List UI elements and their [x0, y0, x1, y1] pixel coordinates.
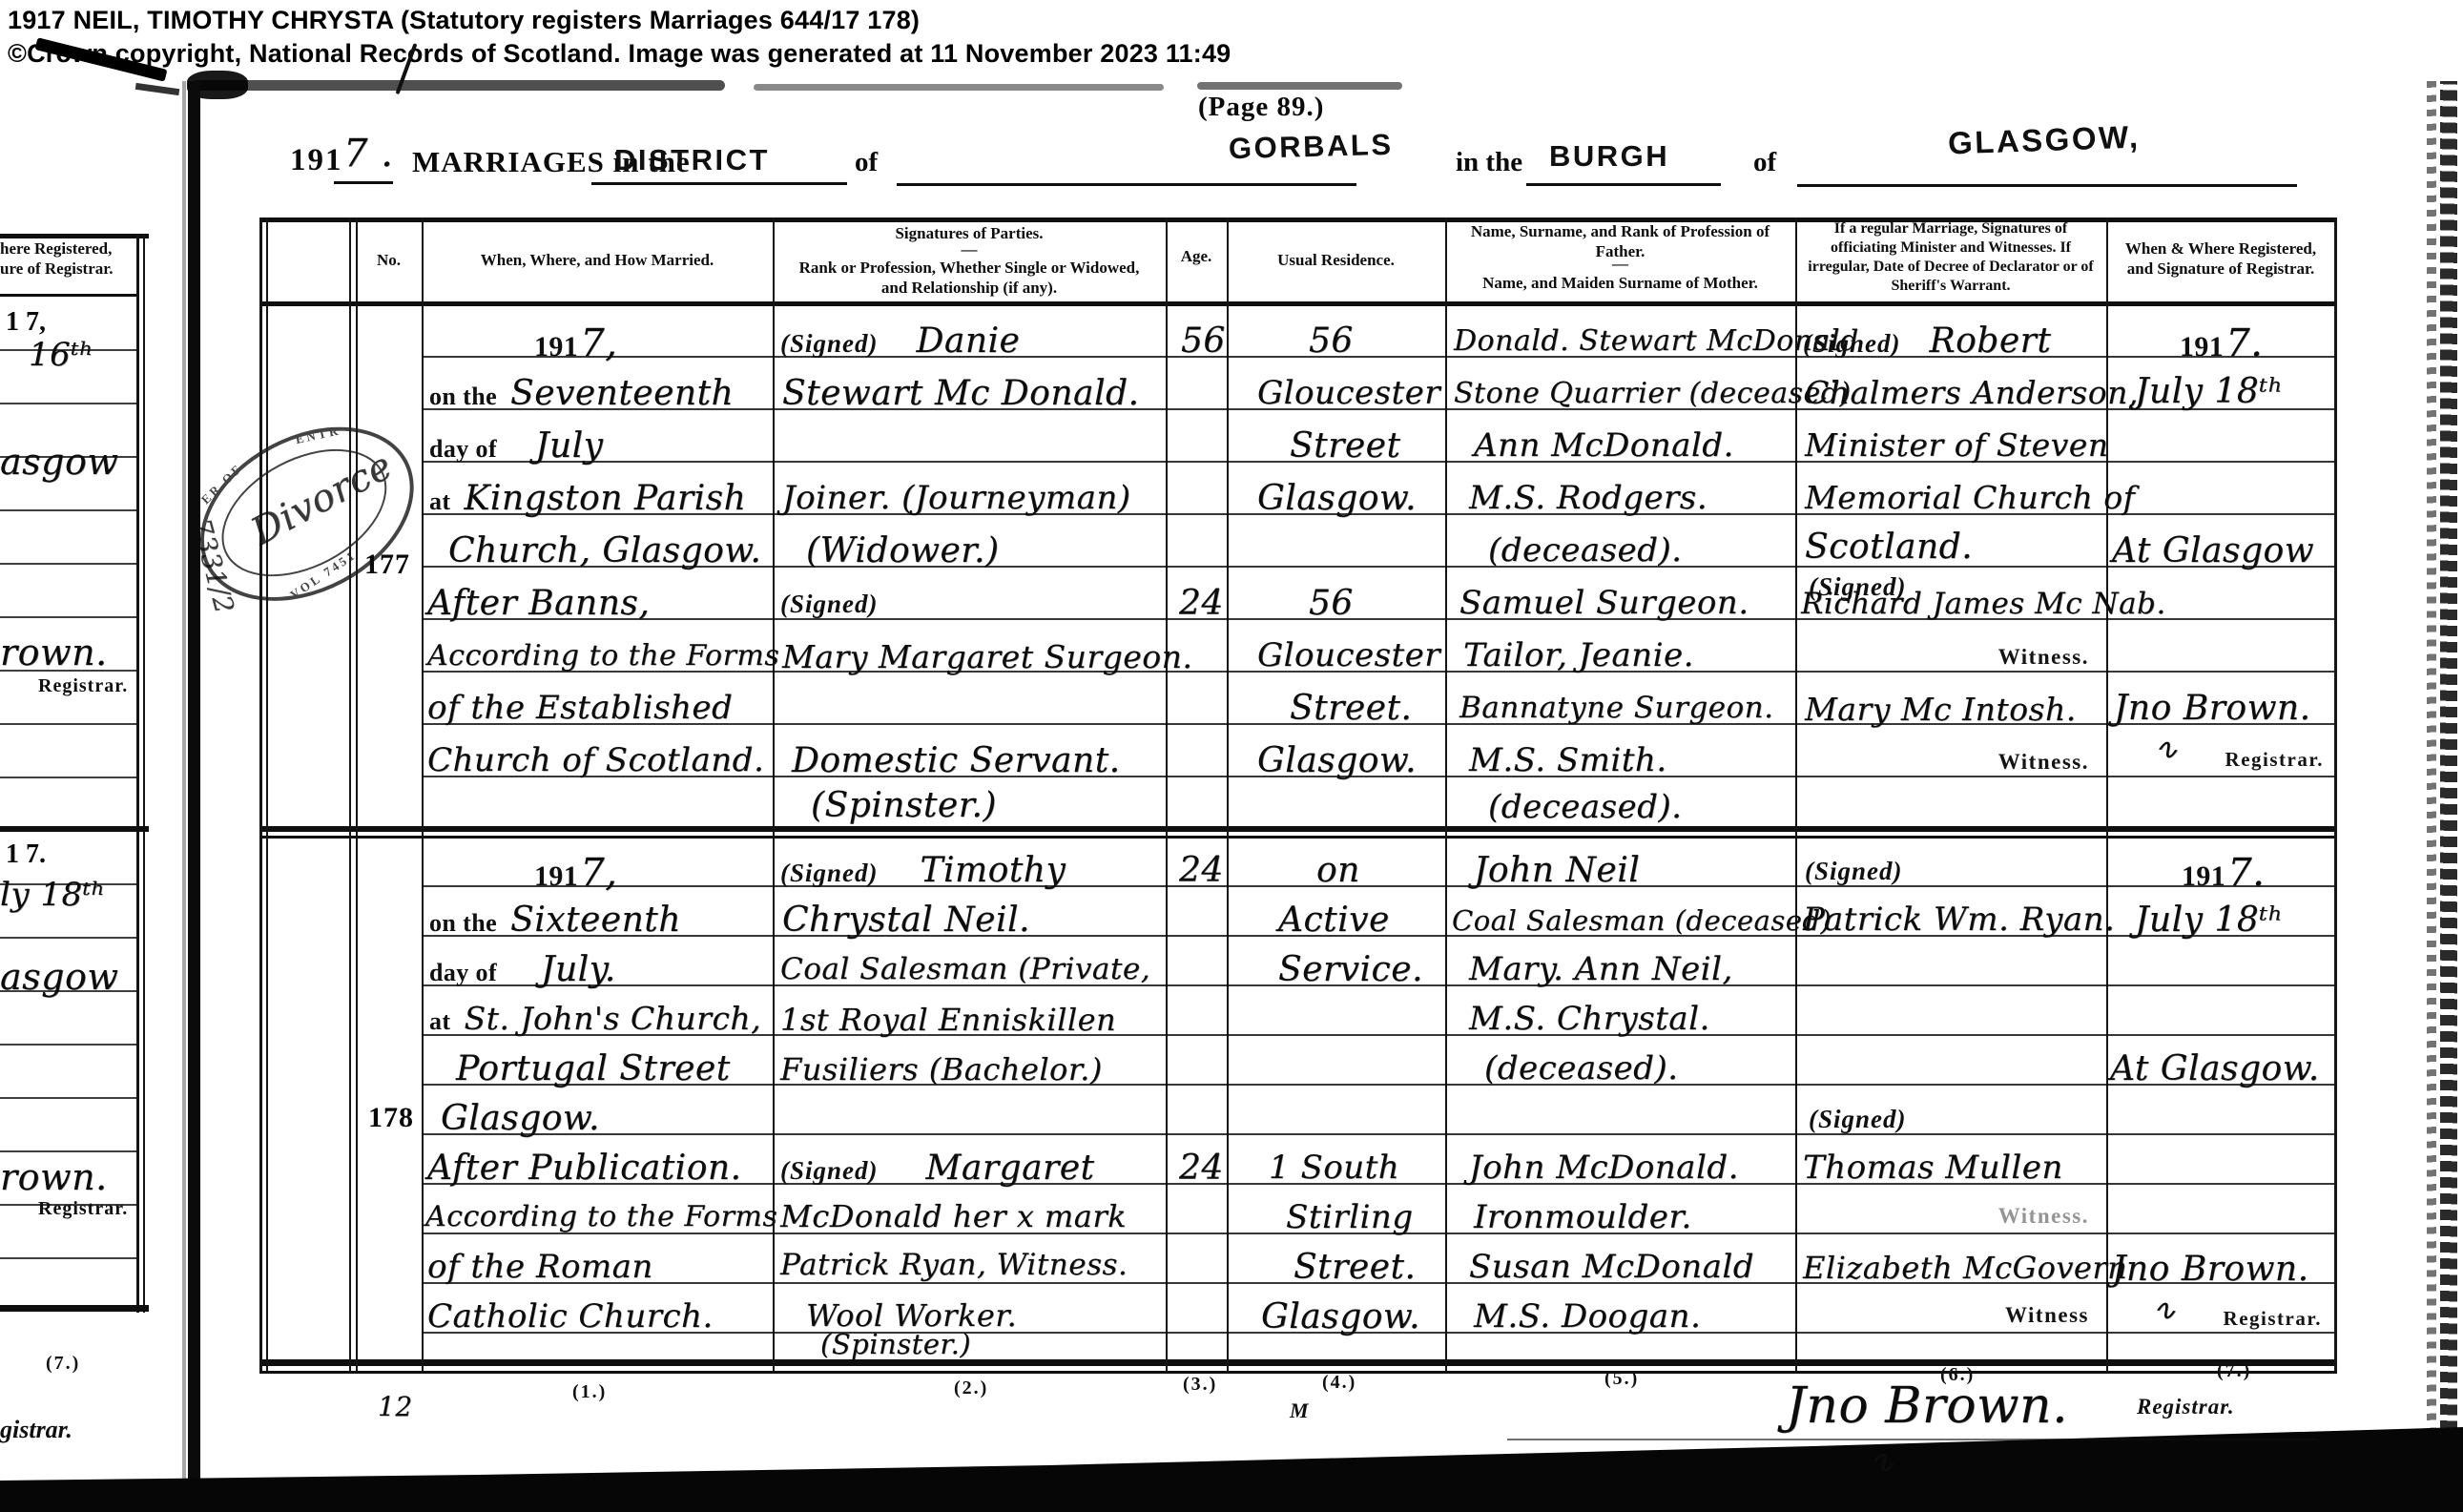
column-header-residence: Usual Residence.	[1227, 250, 1445, 270]
title-district-label: DISTRICT	[614, 143, 770, 177]
prev-registrar-label: Registrar.	[38, 1198, 128, 1220]
entry-when-line: Church of Scotland.	[427, 741, 764, 779]
registered-date-line: July 18ᵗʰ	[2135, 901, 2284, 940]
registrar-label-text: Registrar.	[2224, 1307, 2322, 1330]
title-underline	[591, 182, 847, 185]
scan-smudge	[754, 84, 1164, 91]
entry-when-line: After Publication.	[427, 1149, 742, 1188]
minister-signature-line: Chalmers Anderson,	[1805, 374, 2139, 411]
prev-entry-signature: rown.	[0, 632, 108, 673]
register-scan-image[interactable]: here Registered, ure of Registrar. 1 7, …	[0, 0, 2463, 1512]
entry-residence-line: Gloucester	[1257, 374, 1440, 412]
entry-when-line: day ofJuly.	[429, 950, 616, 989]
entry-signature-line: McDonald her x mark	[780, 1198, 1127, 1234]
prev-registrar-label: Registrar.	[38, 675, 128, 697]
table-border-left	[266, 217, 268, 1371]
prev-page-border	[136, 234, 139, 1313]
entry-number: 177	[364, 549, 410, 581]
title-underline	[1526, 183, 1721, 186]
entry-signature-line: Chrystal Neil.	[782, 901, 1030, 940]
page-number-label: (Page 89.)	[1198, 92, 1324, 123]
handwritten-text: Danie	[917, 321, 1021, 361]
minister-signature-line: (Signed)Robert	[1803, 321, 2051, 361]
signed-label: (Signed)	[1809, 1105, 1907, 1134]
title-district-value: GORBALS	[1229, 128, 1394, 167]
entry-signature-line: Mary Margaret Surgeon.	[782, 638, 1192, 675]
prev-entry-divider	[0, 826, 149, 832]
footer-column-no: (1.)	[572, 1381, 607, 1403]
form-text: on the	[429, 909, 497, 938]
entry-when-line: of the Roman	[427, 1248, 653, 1286]
witness-signature: Elizabeth McGovern	[1803, 1250, 2127, 1286]
entry-signature-line: Patrick Ryan, Witness.	[780, 1248, 1128, 1282]
scan-right-edge	[2427, 81, 2436, 1431]
footer-column-no: (5.)	[1604, 1368, 1639, 1390]
prev-page-header: here Registered, ure of Registrar.	[0, 238, 138, 280]
signoff-underline	[1507, 1439, 2318, 1440]
title-underline	[897, 183, 1356, 186]
entry-mother-line: M.S. Doogan.	[1474, 1297, 1701, 1336]
entry-mother-line: Mary. Ann Neil,	[1469, 950, 1733, 988]
scan-smudge	[1197, 82, 1402, 90]
prev-header-underline	[0, 294, 139, 297]
prev-entry-place: asgow	[0, 956, 118, 998]
signed-label: (Signed)	[780, 859, 879, 888]
title-year-written: 7 .	[343, 132, 393, 176]
witness-label: Witness.	[1803, 750, 2089, 775]
prev-entry-signature: rown.	[0, 1156, 108, 1198]
prev-page-border	[143, 234, 145, 1313]
entry-mother-line: (deceased).	[1484, 1049, 1679, 1087]
page-fold-shadow	[182, 81, 186, 1512]
column-header-mother: Name, and Maiden Surname of Mother.	[1459, 273, 1781, 293]
entry-father-line: Stone Quarrier (deceased)	[1454, 377, 1852, 410]
entry-residence-line: Street	[1290, 426, 1400, 466]
entry-mother-line: (deceased).	[1488, 788, 1683, 826]
entry-signature-line: (Spinster.)	[811, 786, 997, 825]
registrar-signoff-label: Registrar.	[2137, 1395, 2235, 1419]
handwritten-text: July.	[541, 950, 616, 989]
entry-age: 56	[1181, 321, 1226, 361]
title-of: of	[855, 147, 878, 178]
form-text: at	[429, 1007, 450, 1036]
handwritten-year: 7,	[580, 851, 617, 895]
entry-signature-line: (Widower.)	[806, 531, 1000, 570]
entry-residence-line: 1 South	[1269, 1149, 1399, 1187]
entry-residence-line: 56	[1309, 584, 1354, 623]
entry-signature-line: (Signed)Margaret	[780, 1149, 1095, 1188]
entry-signature-line: Coal Salesman (Private,	[780, 952, 1150, 986]
table-border-left	[259, 217, 262, 1371]
entry-father-line: Ironmoulder.	[1474, 1198, 1692, 1236]
entry-residence-line: Glasgow.	[1257, 479, 1417, 518]
entry-mother-line: M.S. Chrystal.	[1469, 1000, 1710, 1038]
signed-label: (Signed)	[1805, 857, 1903, 886]
footer-column-no: (7.)	[2217, 1360, 2251, 1382]
signed-label: (Signed)	[780, 590, 879, 619]
minister-signature-line: Scotland.	[1805, 528, 1973, 567]
registered-date-line: 1917.	[2182, 851, 2265, 895]
table-bottom-border	[259, 1371, 2337, 1374]
entry-father-line: Samuel Surgeon.	[1459, 584, 1749, 622]
entry-when-line: Glasgow.	[441, 1099, 600, 1138]
form-text: on the	[429, 383, 497, 411]
entry-signature-line: Joiner. (Journeyman)	[782, 479, 1131, 517]
entry-when-line: of the Established	[427, 689, 733, 727]
signed-label: (Signed)	[780, 329, 879, 359]
form-text: at	[429, 487, 450, 516]
entry-age: 24	[1179, 1149, 1224, 1188]
entry-residence-line: Stirling	[1286, 1198, 1414, 1236]
handwritten-text: Margaret	[926, 1149, 1095, 1188]
entry-residence-line: Glasgow.	[1257, 741, 1417, 780]
witness-label-text: Witness.	[1998, 750, 2089, 774]
prev-entry-day: 16ᵗʰ	[29, 336, 93, 374]
scan-bottom-band	[0, 1412, 2463, 1512]
minister-signature-line: Memorial Church of	[1805, 479, 2135, 516]
entry-signature-line: Fusiliers (Bachelor.)	[780, 1051, 1103, 1087]
prev-entry-year: 1 7,	[6, 307, 46, 338]
entry-signature-line: (Signed)Timothy	[780, 851, 1066, 890]
minister-signature-line: Patrick Wm. Ryan.	[1803, 901, 2115, 939]
entry-signature-line: (Signed)Danie	[780, 321, 1020, 361]
entry-residence-line: on	[1316, 851, 1360, 890]
entry-mother-line: Susan McDonald	[1469, 1248, 1754, 1286]
handwritten-text: St. John's Church,	[464, 1000, 761, 1037]
entry-when-line: According to the Forms	[427, 639, 779, 673]
entry-residence-line: 56	[1309, 321, 1354, 361]
registrar-signature: Jno Brown.	[2112, 1250, 2309, 1289]
handwritten-year: 7.	[2225, 321, 2263, 365]
handwritten-text: Seventeenth	[510, 374, 734, 413]
footer-column-no: (4.)	[1322, 1372, 1356, 1394]
witness-label-text: Witness.	[1998, 1204, 2089, 1228]
column-header-father-dash: —	[1459, 254, 1781, 274]
prev-entry-day: ly 18ᵗʰ	[0, 876, 106, 914]
column-header-registered: When & Where Registered, and Signature o…	[2114, 238, 2328, 280]
table-bottom-border	[259, 1359, 2337, 1366]
prev-footer-column-no: (7.)	[46, 1353, 80, 1375]
entry-age: 24	[1179, 584, 1224, 623]
witness-label: Witness	[1803, 1303, 2089, 1328]
table-border-right	[2334, 217, 2337, 1371]
entry-when-line: day ofJuly	[429, 426, 604, 466]
entry-father-line: Donald. Stewart McDonald	[1454, 324, 1859, 358]
printed-year: 191	[2182, 860, 2225, 893]
scan-corner-mark	[135, 83, 180, 95]
entry-when-line: Church, Glasgow.	[448, 531, 761, 570]
witness-signature: Thomas Mullen	[1803, 1149, 2063, 1187]
entry-mother-line: Bannatyne Surgeon.	[1459, 691, 1774, 725]
entry-mother-line: (deceased).	[1488, 531, 1683, 570]
registered-place-line: At Glasgow.	[2110, 1049, 2320, 1088]
column-header-minister: If a regular Marriage, Signatures of off…	[1803, 219, 2099, 296]
entry-father-line: John Neil	[1474, 851, 1640, 890]
entry-residence-line: Street.	[1294, 1248, 1416, 1287]
column-header-age: Age.	[1166, 246, 1227, 266]
entry-mother-line: M.S. Rodgers.	[1469, 479, 1708, 517]
footer-column-no: (3.)	[1183, 1374, 1217, 1396]
entry-father-line: Coal Salesman (deceased)	[1452, 904, 1832, 937]
page-fold-edge	[188, 81, 200, 1512]
entry-when-line: After Banns,	[427, 584, 650, 623]
title-burgh-value: GLASGOW,	[1947, 118, 2141, 161]
scan-corner-mark	[35, 37, 168, 81]
prev-footer-registrar: gistrar.	[0, 1416, 72, 1444]
entry-signature-line: (Spinster.)	[820, 1328, 971, 1360]
signed-label: (Signed)	[1803, 329, 1901, 359]
prev-page-bottom-border	[0, 1305, 149, 1312]
witness-signature: Mary Mc Intosh.	[1805, 691, 2077, 728]
footer-sheet-number: 12	[378, 1391, 413, 1422]
handwritten-text: Sixteenth	[510, 901, 681, 940]
title-in-the: in the	[1456, 147, 1522, 178]
registered-date-line: 1917.	[2180, 321, 2263, 365]
entry-when-line: Portugal Street	[456, 1049, 731, 1088]
scan-right-edge	[2440, 81, 2457, 1431]
entry-father-line: Tailor, Jeanie.	[1463, 636, 1694, 674]
entry-signature-line: 1st Royal Enniskillen	[780, 1002, 1116, 1038]
entry-signature-line: Domestic Servant.	[792, 741, 1121, 780]
title-year-printed: 191	[290, 143, 343, 178]
entry-father-line: John McDonald.	[1469, 1149, 1739, 1187]
entry-when-line: 1917,	[534, 851, 617, 895]
entry-when-line: Catholic Church.	[427, 1297, 714, 1336]
handwritten-year: 7,	[580, 321, 617, 365]
entry-residence-line: Gloucester	[1257, 636, 1440, 674]
registrar-signature: Jno Brown.	[2114, 689, 2311, 728]
column-header-no: No.	[356, 250, 422, 270]
entry-residence-line: Glasgow.	[1261, 1297, 1420, 1336]
registrar-label-text: Registrar.	[2225, 748, 2324, 771]
witness-label: Witness.	[1803, 1204, 2089, 1229]
printed-year: 191	[2180, 331, 2224, 363]
signed-label: (Signed)	[780, 1156, 879, 1186]
witness-signature: Richard James Mc Nab.	[1801, 587, 2166, 621]
title-of: of	[1753, 147, 1776, 178]
entry-signature-line: Stewart Mc Donald.	[782, 374, 1139, 413]
column-header-signatures-sub: Rank or Profession, Whether Single or Wi…	[784, 258, 1154, 299]
witness-label-text: Witness	[2005, 1303, 2089, 1327]
handwritten-text: Kingston Parish	[464, 479, 746, 518]
prev-header-line: ure of Registrar.	[0, 259, 138, 279]
entry-age: 24	[1179, 851, 1224, 890]
entry-number: 178	[368, 1102, 414, 1134]
divorce-rce-stamp: Divorce ER OF ENTR VOL 7451	[156, 368, 455, 657]
footer-column-no: (2.)	[954, 1377, 988, 1399]
handwritten-text: Timothy	[921, 851, 1066, 890]
prev-header-line: here Registered,	[0, 238, 138, 259]
handwritten-text: July	[535, 426, 603, 466]
entry-residence-line: Active	[1278, 901, 1390, 940]
scan-smudge	[191, 80, 725, 91]
title-burgh-label: BURGH	[1549, 139, 1669, 174]
registrar-label: Registrar.	[2144, 1307, 2322, 1331]
entry-mother-line: Ann McDonald.	[1474, 426, 1734, 465]
entry-residence-line: Service.	[1278, 950, 1423, 989]
column-header-when: When, Where, and How Married.	[422, 250, 773, 270]
witness-label-text: Witness.	[1998, 645, 2089, 669]
entry-when-line: on theSixteenth	[429, 901, 681, 940]
witness-label: Witness.	[1803, 645, 2089, 670]
form-text: day of	[429, 959, 497, 987]
handwritten-year: 7.	[2227, 851, 2265, 895]
entry-when-line: on theSeventeenth	[429, 374, 734, 413]
minister-signature-line: Minister of Steven	[1805, 426, 2109, 464]
registrar-label: Registrar.	[2146, 748, 2324, 772]
form-text: day of	[429, 435, 497, 464]
entry-divider	[259, 826, 2337, 832]
entry-when-line: atKingston Parish	[429, 479, 746, 518]
printed-year: 191	[534, 860, 578, 893]
title-underline	[1797, 184, 2297, 187]
entry-residence-line: Street.	[1290, 689, 1412, 728]
entry-when-line: 1917,	[534, 321, 617, 365]
footer-m-mark: M	[1290, 1398, 1309, 1423]
printed-year: 191	[534, 331, 578, 363]
prev-entry-place: asgow	[0, 441, 118, 483]
handwritten-text: Robert	[1930, 321, 2052, 361]
prev-entry-year: 1 7.	[6, 839, 46, 870]
registrar-signoff-signature: Jno Brown.	[1786, 1377, 2068, 1435]
entry-when-line: atSt. John's Church,	[429, 1000, 761, 1037]
entry-when-line: According to the Forms	[425, 1200, 777, 1233]
entry-mother-line: M.S. Smith.	[1469, 741, 1667, 779]
title-underline	[334, 181, 393, 184]
registered-date-line: July 18ᵗʰ	[2135, 372, 2284, 411]
registered-place-line: At Glasgow	[2112, 531, 2314, 570]
records-image-viewer: 1917 NEIL, TIMOTHY CHRYSTA (Statutory re…	[0, 0, 2463, 1512]
